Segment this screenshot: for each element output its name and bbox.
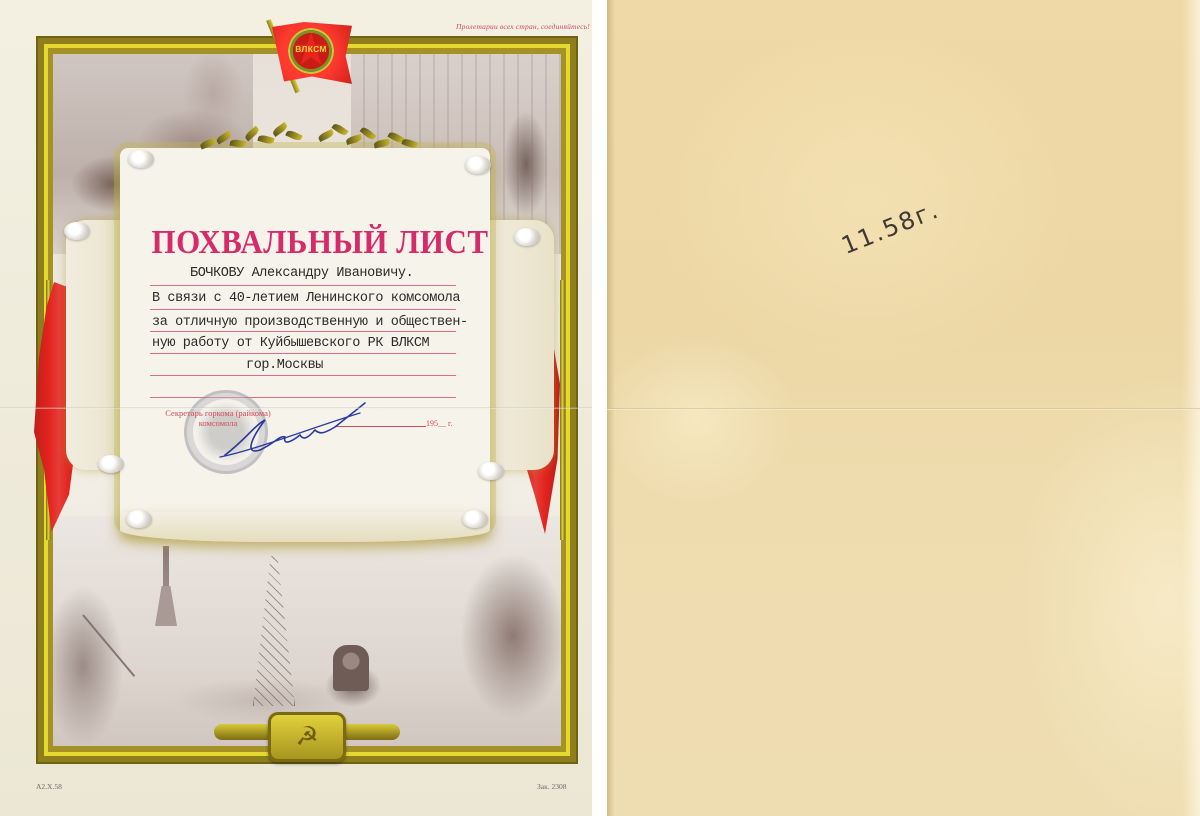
ruled-line (150, 331, 456, 332)
print-code: А2.Х.58 (36, 782, 62, 791)
emblem-scroll-right (340, 724, 400, 740)
badge-text: ВЛКСМ (288, 44, 334, 54)
paper-fold-line (0, 407, 592, 409)
emblem-scroll-left (214, 724, 274, 740)
scroll-roll-icon (478, 462, 504, 480)
hammer-sickle-icon: ☭ (268, 722, 346, 752)
scroll-roll-icon (462, 510, 488, 528)
ruled-line (150, 353, 456, 354)
handwritten-signature (215, 395, 375, 465)
paper-fold-line (607, 408, 1200, 410)
motto-text: Пролетарии всех стран, соединяйтесь! (430, 22, 590, 31)
ruled-line (150, 309, 456, 310)
sheet-gap (592, 0, 608, 816)
order-number: Зак. 2308 (537, 782, 566, 791)
certificate-title: ПОХВАЛЬНЫЙ ЛИСТ (150, 222, 490, 262)
body-line-3: ную работу от Куйбышевского РК ВЛКСМ (152, 336, 429, 351)
locomotive-icon (333, 645, 369, 691)
laurel-branch-icon (200, 118, 420, 154)
body-line-4: гор.Москвы (246, 358, 323, 373)
flag-pole-right (560, 280, 565, 540)
skyscraper-icon (163, 546, 169, 626)
year-label: 195__ г. (426, 419, 452, 428)
scroll-roll-icon (465, 156, 491, 174)
scroll-bottom-curl (120, 512, 490, 542)
body-line-2: за отличную производственную и обществен… (152, 315, 468, 330)
scroll-roll-icon (514, 228, 540, 246)
scroll-roll-icon (98, 455, 124, 473)
ruled-line (150, 285, 456, 286)
ruled-line (150, 375, 456, 376)
scroll-roll-icon (64, 222, 90, 240)
crane-icon (82, 614, 135, 677)
recipient-name: БОЧКОВУ Александру Ивановичу. (190, 266, 413, 281)
hammer-sickle-emblem: ☭ (268, 712, 346, 762)
body-line-1: В связи с 40-летием Ленинского комсомола (152, 291, 460, 306)
scroll-roll-icon (128, 150, 154, 168)
komsomol-badge: ВЛКСМ (262, 18, 352, 90)
scroll-wing-right (484, 220, 554, 470)
power-pylon-icon (253, 556, 295, 706)
scroll-roll-icon (126, 510, 152, 528)
